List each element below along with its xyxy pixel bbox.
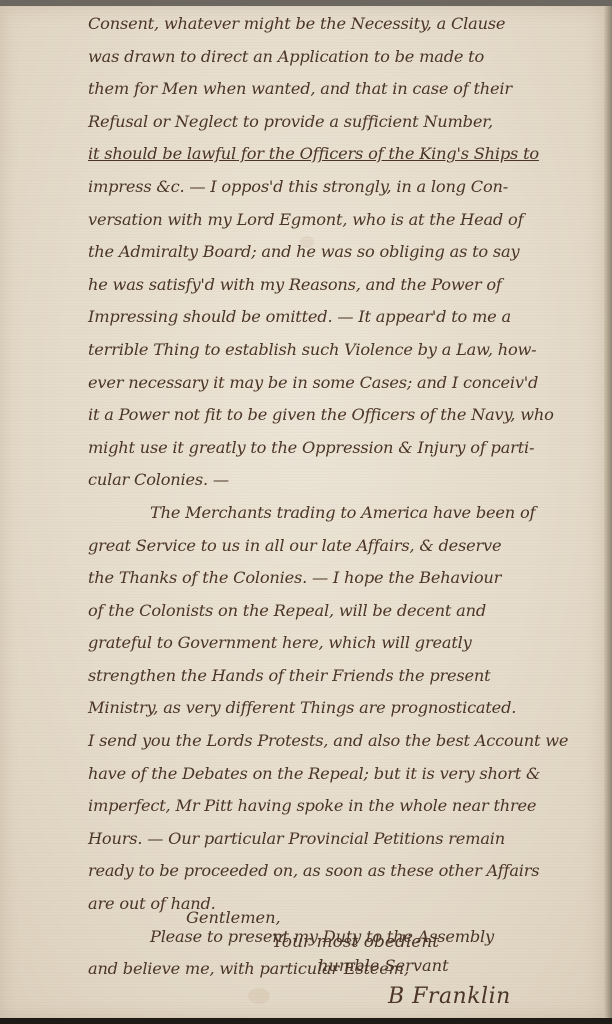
manuscript-line: ever necessary it may be in some Cases; … <box>88 367 596 400</box>
manuscript-line: versation with my Lord Egmont, who is at… <box>88 204 596 237</box>
manuscript-line: I send you the Lords Protests, and also … <box>88 725 596 758</box>
manuscript-line: Consent, whatever might be the Necessity… <box>88 8 596 41</box>
manuscript-line: cular Colonies. — <box>88 464 596 497</box>
manuscript-line: have of the Debates on the Repeal; but i… <box>88 758 596 791</box>
manuscript-line: Ministry, as very different Things are p… <box>88 692 596 725</box>
manuscript-line: great Service to us in all our late Affa… <box>88 530 596 563</box>
manuscript-line: might use it greatly to the Oppression &… <box>88 432 596 465</box>
manuscript-line: impress &c. — I oppos'd this strongly, i… <box>88 171 596 204</box>
manuscript-line: it a Power not fit to be given the Offic… <box>88 399 596 432</box>
salutation: Gentlemen, <box>186 908 281 927</box>
manuscript-line: them for Men when wanted, and that in ca… <box>88 73 596 106</box>
complimentary-close-2: humble Servant <box>318 956 449 975</box>
page-edge <box>604 6 612 1018</box>
manuscript-line: of the Colonists on the Repeal, will be … <box>88 595 596 628</box>
manuscript-line: grateful to Government here, which will … <box>88 627 596 660</box>
manuscript-line: imperfect, Mr Pitt having spoke in the w… <box>88 790 596 823</box>
manuscript-line: he was satisfy'd with my Reasons, and th… <box>88 269 596 302</box>
scan-bottom-border <box>0 1018 612 1024</box>
manuscript-line: are out of hand. <box>88 888 596 921</box>
manuscript-line: The Merchants trading to America have be… <box>88 497 596 530</box>
manuscript-line: Impressing should be omitted. — It appea… <box>88 301 596 334</box>
manuscript-line: it should be lawful for the Officers of … <box>88 138 596 171</box>
letter-body: Consent, whatever might be the Necessity… <box>88 8 596 986</box>
complimentary-close-1: Your most obedient <box>272 932 439 952</box>
manuscript-line: strengthen the Hands of their Friends th… <box>88 660 596 693</box>
manuscript-line: terrible Thing to establish such Violenc… <box>88 334 596 367</box>
manuscript-line: Hours. — Our particular Provincial Petit… <box>88 823 596 856</box>
paper-stain <box>248 988 270 1004</box>
manuscript-line: was drawn to direct an Application to be… <box>88 41 596 74</box>
signature: B Franklin <box>388 984 511 1009</box>
manuscript-line: the Admiralty Board; and he was so oblig… <box>88 236 596 269</box>
manuscript-line: ready to be proceeded on, as soon as the… <box>88 855 596 888</box>
manuscript-line: Refusal or Neglect to provide a sufficie… <box>88 106 596 139</box>
manuscript-line: the Thanks of the Colonies. — I hope the… <box>88 562 596 595</box>
